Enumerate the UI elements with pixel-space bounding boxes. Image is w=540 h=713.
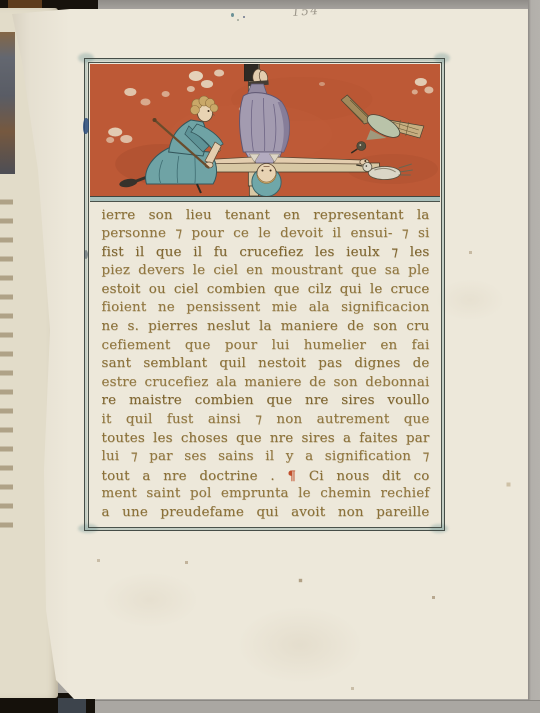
previous-page-miniature-fragment (0, 32, 15, 174)
text-line: ierre son lieu tenant en representant la (102, 207, 430, 226)
text-line: lui ⁊ par ses sains il y a signification… (102, 448, 430, 467)
ruled-frame: ierre son lieu tenant en representant la… (84, 58, 445, 531)
text-line: ne s. pierres neslut la maniere de son c… (102, 318, 430, 337)
text-line: tout a nre doctrine . ¶ Ci nous dit co (102, 467, 430, 486)
text-line: cefiement que pour lui humelier en fai (102, 337, 430, 356)
ink-speck (231, 13, 234, 17)
miniature-scene-svg (90, 64, 440, 196)
text-line: estre crucefiez ala maniere de son debon… (102, 374, 430, 393)
photo-backdrop-right (528, 0, 540, 713)
text-line: toutes les choses que nre sires a faites… (102, 430, 430, 449)
manuscript-page: 154 (0, 0, 540, 713)
previous-page-text-fragment (0, 194, 13, 534)
text-line: estoit ou ciel combien que cilz qui le c… (102, 281, 430, 300)
miniature (90, 64, 440, 197)
ink-speck (243, 16, 245, 18)
text-line: ment saint pol emprunta le chemin rechie… (102, 485, 430, 504)
text-line: personne ⁊ pour ce le devoit il ensui- ⁊… (102, 225, 430, 244)
ink-speck (237, 19, 239, 21)
text-line: sant semblant quil nestoit pas dignes de (102, 355, 430, 374)
text-line: a une preudefame qui avoit non pareille (102, 504, 430, 523)
large-bird (341, 95, 424, 153)
text-line: it quil fust ainsi ⁊ non autrement que (102, 411, 430, 430)
book-board-fragment-bottom (58, 698, 86, 713)
text-line: fist il que il fu crucefiez les ieulx ⁊ … (102, 244, 430, 263)
ink-smudge (84, 250, 88, 259)
text-line: re maistre combien que nre sires voullo (102, 392, 430, 411)
ink-blot (83, 118, 89, 134)
rubric-pilcrow: ¶ (287, 468, 296, 484)
frame-content: ierre son lieu tenant en representant la… (90, 64, 440, 526)
text-line: piez devers le ciel en moustrant que sa … (102, 262, 430, 281)
text-block: ierre son lieu tenant en representant la… (90, 202, 440, 526)
text-line: fioient ne pensissent mie ala significac… (102, 299, 430, 318)
